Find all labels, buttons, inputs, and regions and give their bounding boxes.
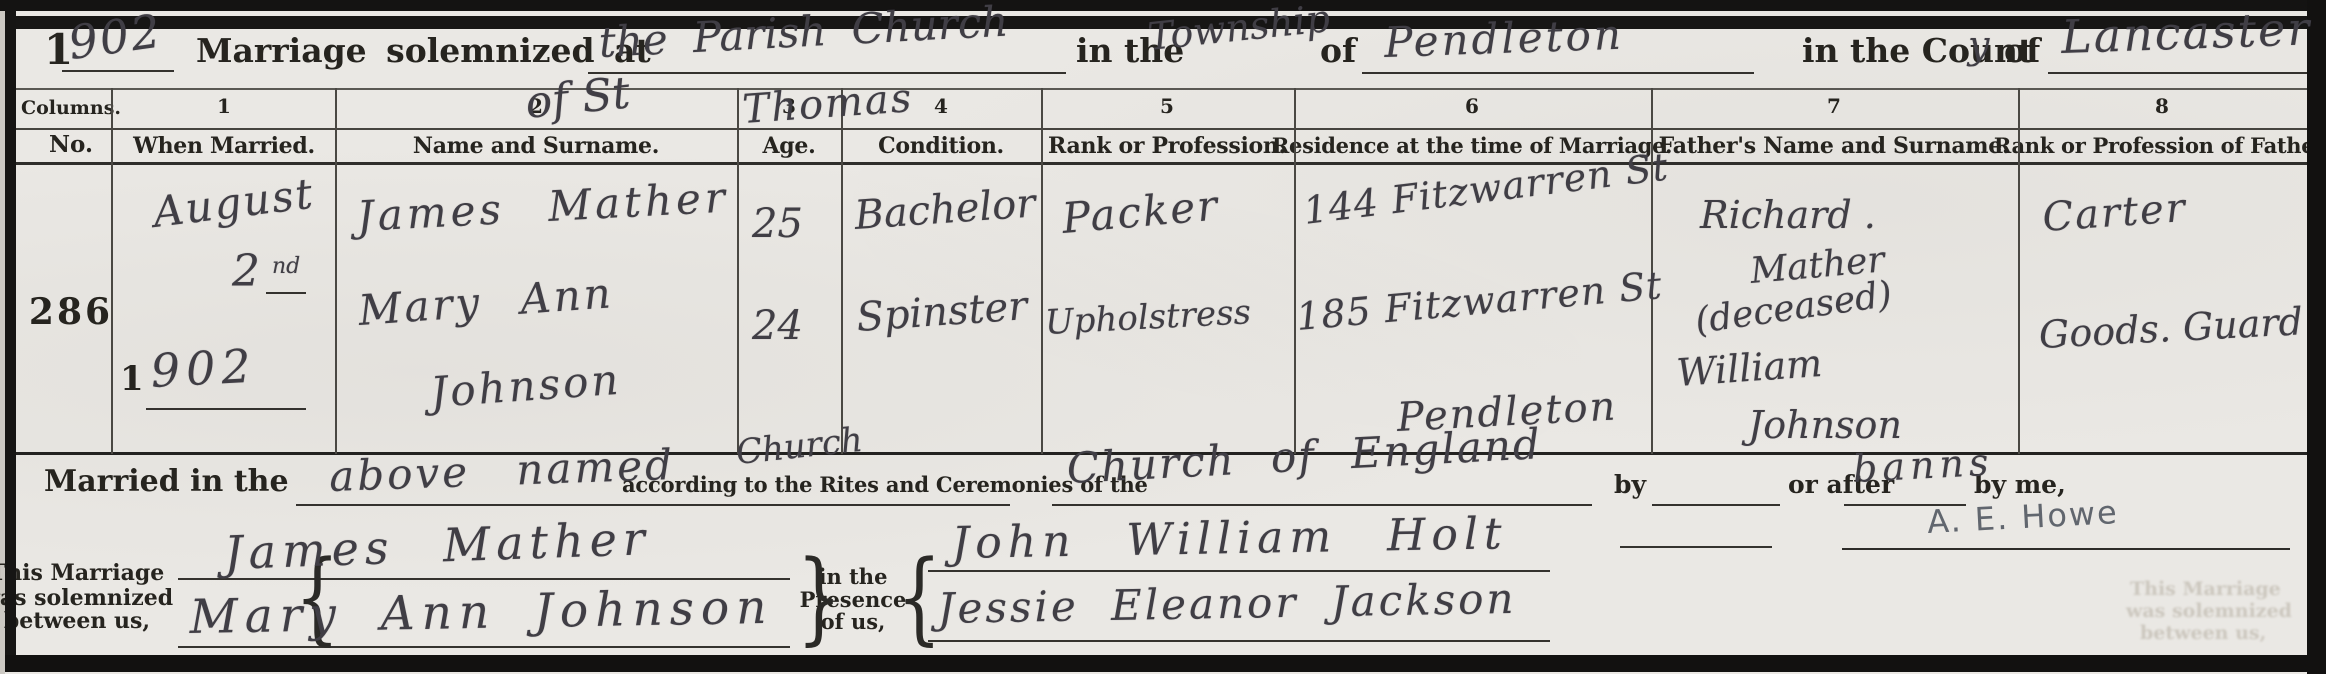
bride-profession-handwritten: Upholstress [1044, 295, 1252, 340]
blank-line [1652, 504, 1780, 506]
above-named-handwritten: above named [329, 444, 676, 498]
table-line [16, 162, 2307, 165]
church-name-line2-handwritten: of St [523, 71, 632, 126]
blank-line [2048, 72, 2308, 74]
entry-year-printed-prefix: 1 [120, 362, 144, 398]
column-number-7: 7 [1827, 96, 1841, 117]
table-line [16, 88, 2307, 90]
bride-father-profession-handwritten: Goods. Guard [2038, 302, 2304, 354]
blank-line [62, 70, 174, 72]
table-column-line [1041, 88, 1043, 454]
column-header-when-married: When Married. [133, 135, 315, 158]
column-header-profession: Rank or Profession. [1048, 135, 1286, 158]
witness-2-signature: Jessie Eleanor Jackson [937, 578, 1517, 630]
solemnized-at-label: Marriage solemnized at [196, 34, 651, 69]
blank-line [296, 504, 1010, 506]
bleed-through-text: was solemnized [2126, 600, 2292, 622]
column-number-4: 4 [934, 96, 948, 117]
signature-line [178, 646, 790, 648]
column-number-1: 1 [217, 96, 231, 117]
groom-father-profession-handwritten: Carter [2041, 188, 2188, 238]
table-column-line [335, 88, 337, 454]
close-brace: } [797, 548, 842, 648]
blank-line [1362, 72, 1754, 74]
table-column-line [1294, 88, 1296, 454]
signature-line [928, 640, 1550, 642]
signature-line [928, 570, 1550, 572]
table-column-line [2018, 88, 2020, 454]
table-line [16, 128, 2307, 130]
entry-number: 286 [29, 294, 113, 332]
of-label: of [2004, 34, 2040, 69]
groom-father-forename-handwritten: Richard . [1700, 196, 1876, 234]
column-number-5: 5 [1160, 96, 1174, 117]
marriage-register-scan: 1 902 Marriage solemnized at the Parish … [0, 0, 2326, 674]
blank-line [588, 72, 1066, 74]
top-rule [0, 0, 2326, 11]
witness-1-signature: John William Holt [951, 512, 1508, 566]
church-word-handwritten: Church [734, 423, 864, 470]
this-marriage-label: This Marriage [0, 562, 164, 585]
left-border [5, 10, 16, 660]
year-handwritten: 902 [66, 7, 165, 66]
blank-line [1052, 504, 1592, 506]
column-header-condition: Condition. [878, 135, 1004, 158]
bride-age-handwritten: 24 [752, 306, 803, 346]
was-solemnized-label: was solemnized [0, 587, 173, 610]
right-border [2307, 0, 2326, 674]
groom-condition-handwritten: Bachelor [853, 183, 1036, 236]
groom-name-handwritten: James Mather [356, 177, 730, 238]
bride-signature: Mary Ann Johnson [189, 584, 774, 641]
entry-day-suffix-handwritten: nd [272, 256, 300, 278]
ink-underline [266, 292, 306, 294]
bride-name-handwritten: Mary Ann [357, 272, 615, 332]
groom-age-handwritten: 25 [752, 204, 803, 244]
between-us-label: between us, [4, 610, 150, 633]
bottom-rule [5, 655, 2326, 672]
column-header-name: Name and Surname. [413, 135, 659, 158]
bride-father-surname-handwritten: Johnson [1748, 406, 1902, 444]
by-label: by [1614, 472, 1646, 498]
church-name-line2b-handwritten: Thomas [741, 78, 914, 130]
groom-father-deceased-note-handwritten: (deceased) [1693, 277, 1894, 340]
church-of-england-handwritten: Church of England [1066, 423, 1543, 490]
married-in-the-label: Married in the [44, 466, 289, 498]
column-header-father-profession: Rank or Profession of Father. [1994, 135, 2326, 157]
groom-residence-handwritten: 144 Fitzwarren St [1301, 148, 1670, 230]
entry-month-handwritten: August [151, 173, 317, 234]
open-brace-witnesses: { [897, 548, 942, 648]
blank-line [146, 408, 306, 410]
groom-profession-handwritten: Packer [1060, 184, 1220, 240]
entry-day-handwritten: 2 [232, 250, 260, 294]
county-label: in the Count [1802, 34, 2033, 69]
banns-handwritten: banns [1852, 443, 1994, 488]
bride-surname-handwritten: Johnson [429, 359, 623, 414]
table-column-line [841, 88, 843, 454]
bleed-through-text: This Marriage [2130, 578, 2281, 600]
signature-line [1620, 546, 1772, 548]
county-handwritten: Lancaster [2060, 5, 2312, 60]
bride-residence-handwritten: 185 Fitzwarren St [1295, 266, 1664, 336]
column-header-age: Age. [763, 135, 816, 158]
table-column-line [737, 88, 739, 454]
bride-father-forename-handwritten: William [1675, 344, 1823, 392]
county-y-handwritten: y [1968, 26, 1989, 64]
table-column-line [111, 88, 113, 454]
column-number-8: 8 [2155, 96, 2169, 117]
groom-signature: James Mather [223, 515, 651, 576]
bride-condition-handwritten: Spinster [855, 286, 1028, 338]
entry-year-handwritten: 902 [150, 343, 258, 394]
bleed-through-text: between us, [2140, 622, 2266, 644]
columns-caption: Columns. [21, 99, 121, 119]
column-header-no: No. [49, 133, 93, 157]
column-number-6: 6 [1465, 96, 1479, 117]
column-header-father-name: Father's Name and Surname. [1659, 135, 2010, 158]
district-handwritten: Pendleton [1384, 14, 1625, 64]
signature-line [1842, 548, 2290, 550]
officiant-signature: A. E. Howe [1926, 496, 2119, 538]
